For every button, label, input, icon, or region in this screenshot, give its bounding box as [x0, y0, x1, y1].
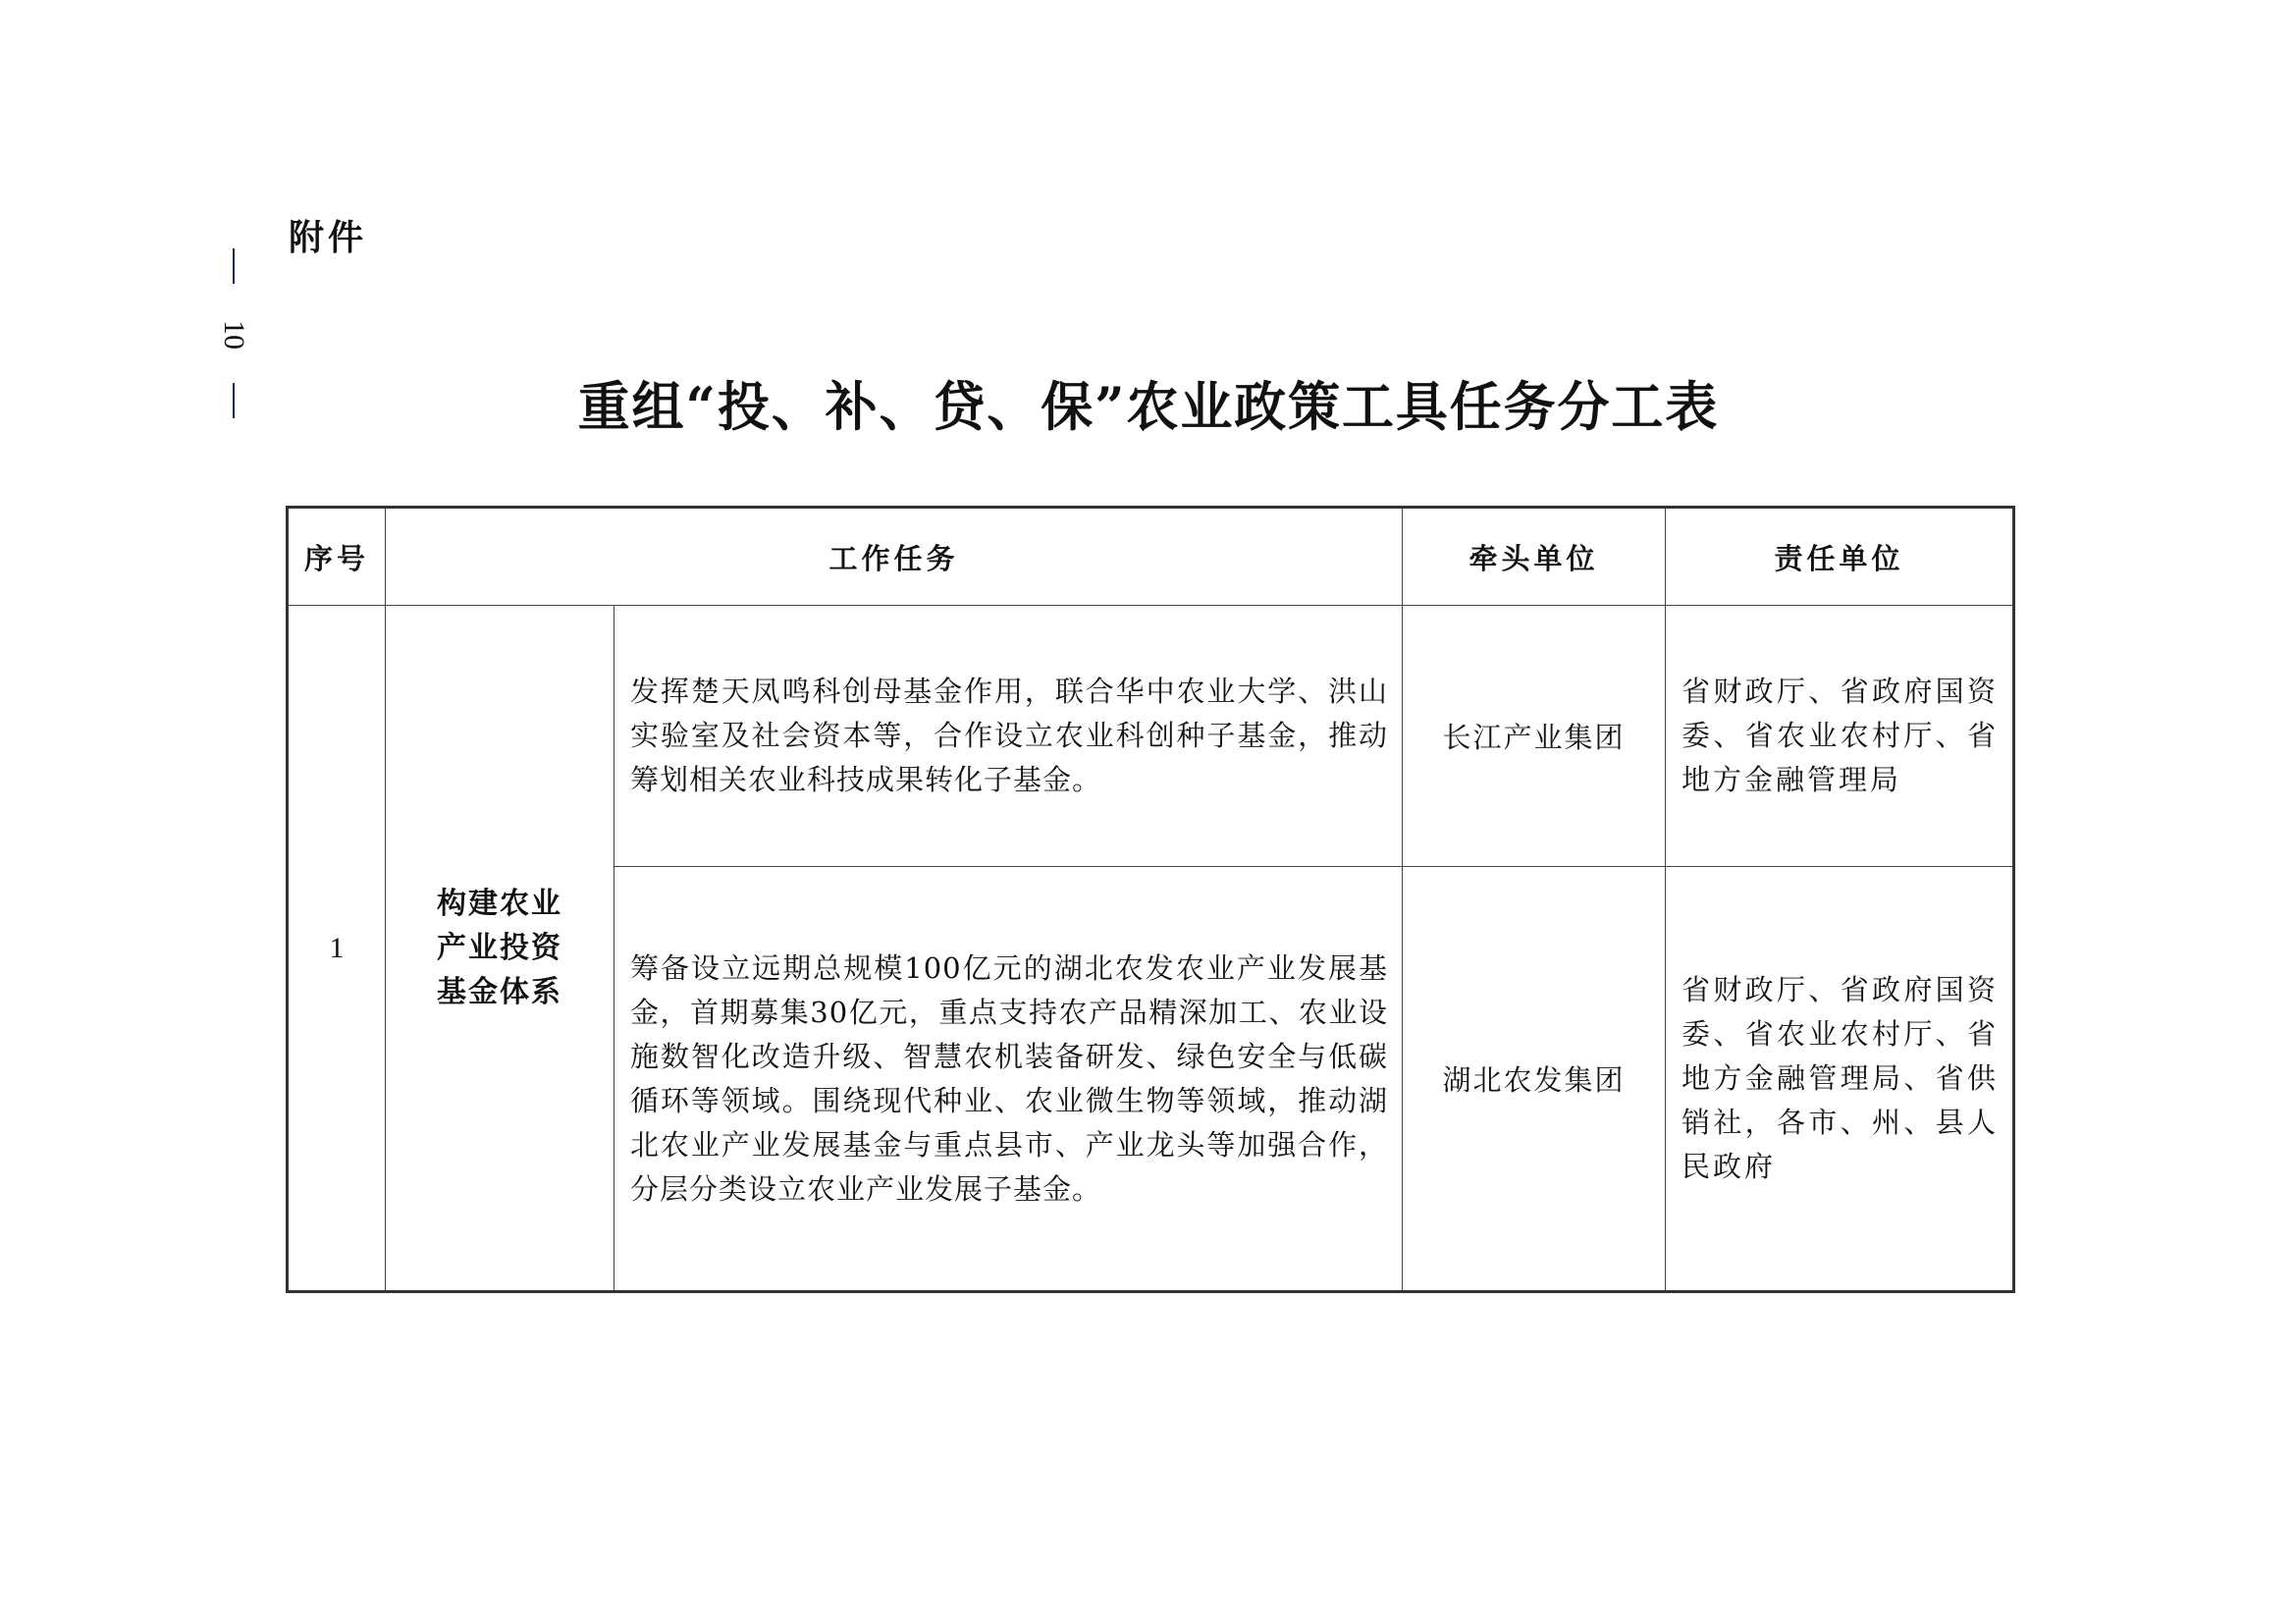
page-number-dash-top: [233, 248, 235, 284]
lead-unit: 长江产业集团: [1403, 606, 1666, 867]
row-seq: 1: [288, 606, 386, 1292]
task-description: 发挥楚天凤鸣科创母基金作用，联合华中农业大学、洪山实验室及社会资本等，合作设立农…: [614, 606, 1403, 867]
lead-unit: 湖北农发集团: [1403, 867, 1666, 1292]
responsible-units: 省财政厅、省政府国资委、省农业农村厅、省地方金融管理局、省供销社，各市、州、县人…: [1666, 867, 2014, 1292]
header-responsible-unit: 责任单位: [1666, 508, 2014, 606]
row-category: 构建农业产业投资基金体系: [386, 606, 614, 1292]
page-number: 10: [218, 245, 249, 422]
page-number-value: 10: [219, 313, 248, 356]
task-assignment-table: 序号 工作任务 牵头单位 责任单位 1 构建农业产业投资基金体系 发挥楚天凤鸣科…: [286, 506, 2015, 1293]
header-seq: 序号: [288, 508, 386, 606]
table-row: 1 构建农业产业投资基金体系 发挥楚天凤鸣科创母基金作用，联合华中农业大学、洪山…: [288, 606, 2014, 867]
responsible-units: 省财政厅、省政府国资委、省农业农村厅、省地方金融管理局: [1666, 606, 2014, 867]
page-title: 重组“投、补、贷、保”农业政策工具任务分工表: [311, 365, 1985, 441]
header-task: 工作任务: [386, 508, 1403, 606]
table-header-row: 序号 工作任务 牵头单位 责任单位: [288, 508, 2014, 606]
attachment-label: 附件: [289, 210, 367, 260]
task-description: 筹备设立远期总规模100亿元的湖北农发农业产业发展基金，首期募集30亿元，重点支…: [614, 867, 1403, 1292]
page-number-dash-bottom: [233, 383, 235, 418]
header-lead-unit: 牵头单位: [1403, 508, 1666, 606]
